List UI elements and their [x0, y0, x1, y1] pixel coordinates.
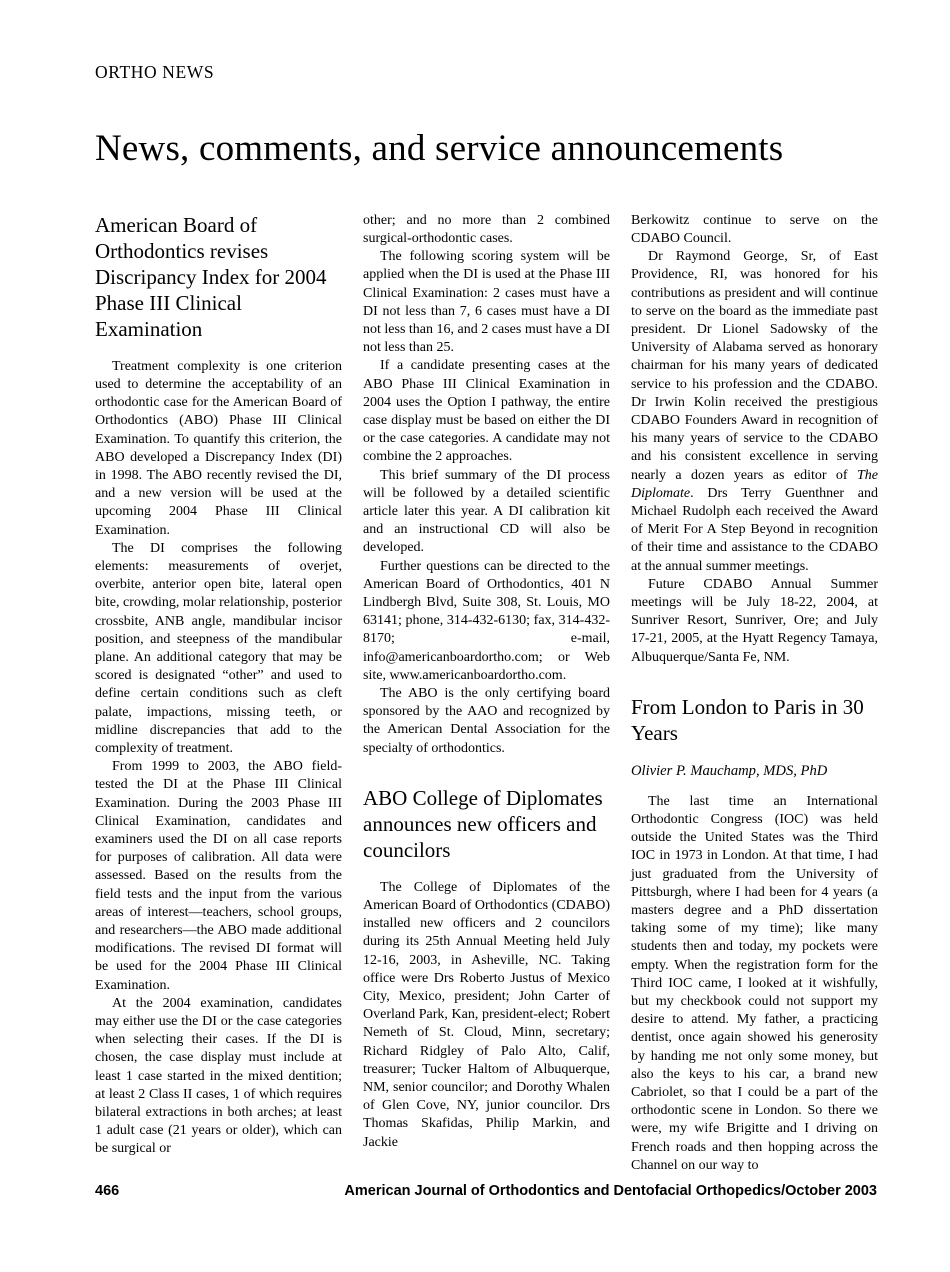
- column-1: American Board of Orthodontics revises D…: [95, 212, 342, 1175]
- article-paragraph: If a candidate presenting cases at the A…: [363, 357, 610, 466]
- page-footer: 466 American Journal of Orthodontics and…: [95, 1183, 877, 1199]
- article-paragraph-continuation: other; and no more than 2 combined surgi…: [363, 212, 610, 248]
- three-column-layout: American Board of Orthodontics revises D…: [95, 212, 877, 1175]
- article-paragraph: Dr Raymond George, Sr, of East Providenc…: [631, 248, 878, 576]
- article-paragraph: The ABO is the only certifying board spo…: [363, 685, 610, 758]
- article-heading-abo-di: American Board of Orthodontics revises D…: [95, 212, 342, 342]
- article-paragraph-continuation: Berkowitz continue to serve on the CDABO…: [631, 212, 878, 248]
- section-kicker: ORTHO NEWS: [95, 62, 877, 83]
- journal-citation: American Journal of Orthodontics and Den…: [344, 1183, 877, 1199]
- column-3: Berkowitz continue to serve on the CDABO…: [631, 212, 878, 1175]
- article-paragraph: From 1999 to 2003, the ABO field-tested …: [95, 758, 342, 995]
- article-paragraph: The DI comprises the following elements:…: [95, 540, 342, 758]
- column-2: other; and no more than 2 combined surgi…: [363, 212, 610, 1175]
- article-paragraph: This brief summary of the DI process wil…: [363, 467, 610, 558]
- page-number: 466: [95, 1183, 119, 1199]
- article-paragraph: The College of Diplomates of the America…: [363, 879, 610, 1152]
- article-paragraph: The following scoring system will be app…: [363, 248, 610, 357]
- article-paragraph: At the 2004 examination, candidates may …: [95, 995, 342, 1159]
- article-paragraph-contact-info: Further questions can be directed to the…: [363, 558, 610, 685]
- author-byline: Olivier P. Mauchamp, MDS, PhD: [631, 762, 878, 781]
- article-heading-london-paris: From London to Paris in 30 Years: [631, 694, 878, 746]
- article-paragraph: Treatment complexity is one criterion us…: [95, 358, 342, 540]
- journal-page: ORTHO NEWS News, comments, and service a…: [0, 0, 950, 1272]
- article-paragraph: Future CDABO Annual Summer meetings will…: [631, 576, 878, 667]
- paragraph-segment: Dr Raymond George, Sr, of East Providenc…: [631, 249, 878, 482]
- page-title: News, comments, and service announcement…: [95, 129, 877, 170]
- article-paragraph: The last time an International Orthodont…: [631, 793, 878, 1175]
- article-heading-cdabo-officers: ABO College of Diplomates announces new …: [363, 785, 610, 863]
